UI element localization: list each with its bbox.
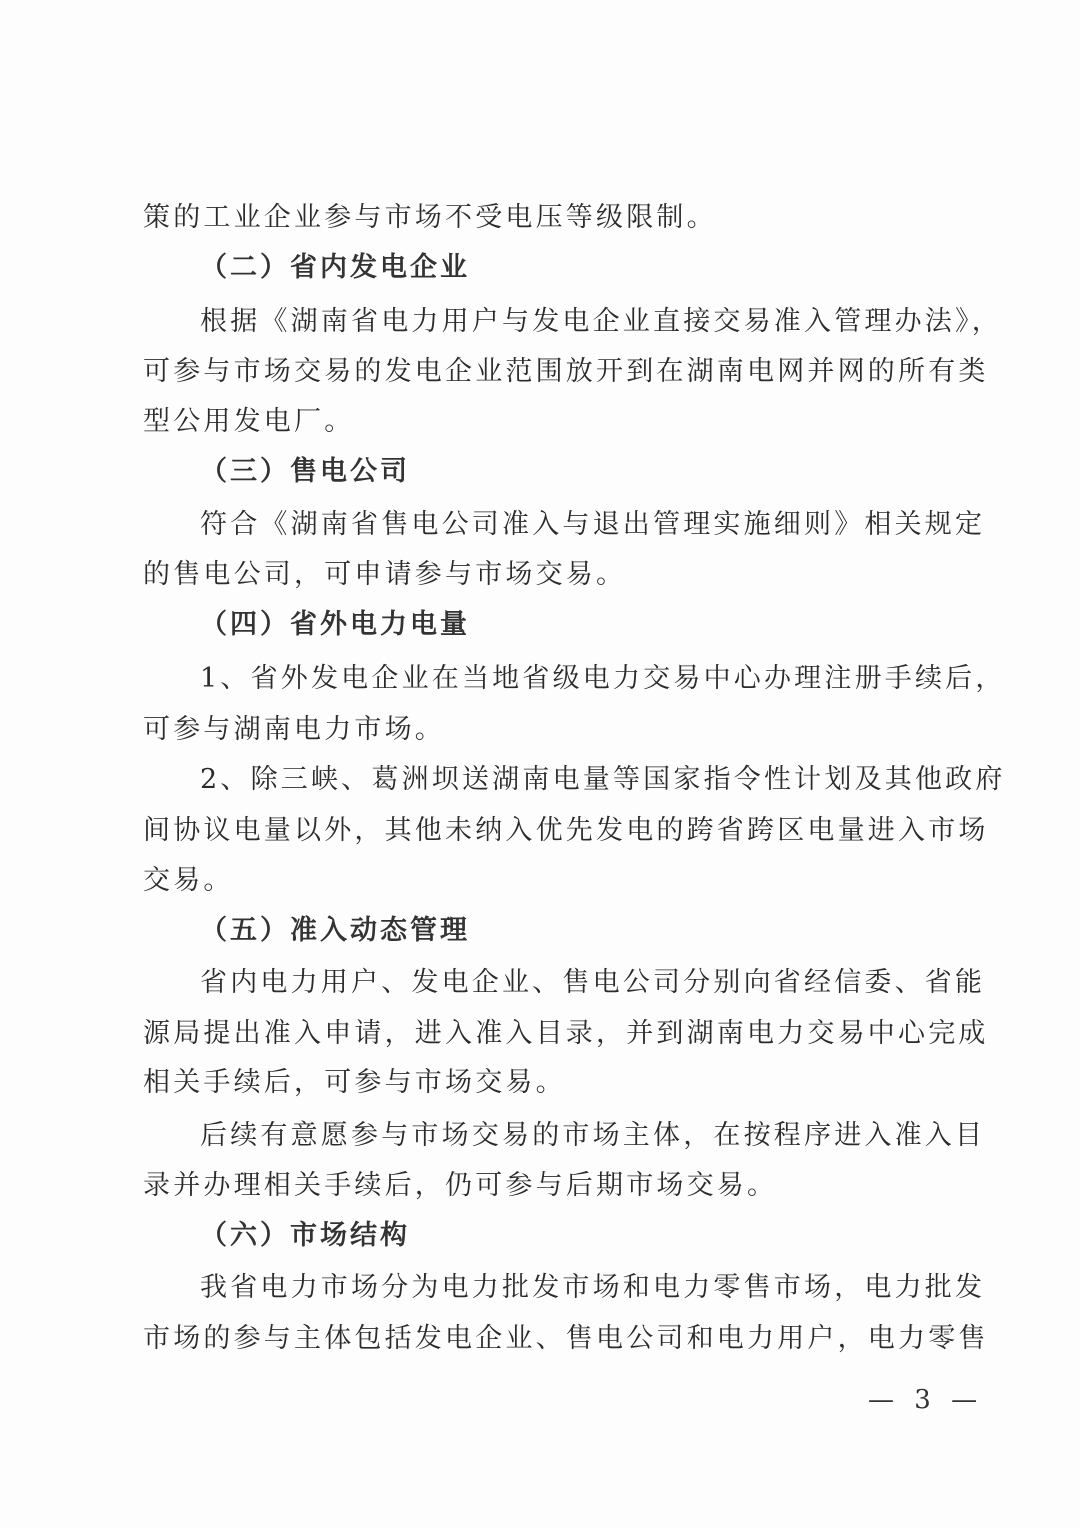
paragraph-line: 市场的参与主体包括发电企业、售电公司和电力用户，电力零售: [143, 1319, 968, 1359]
paragraph-line: 间协议电量以外，其他未纳入优先发电的跨省跨区电量进入市场: [143, 811, 968, 851]
paragraph-line: 的售电公司，可申请参与市场交易。: [143, 555, 968, 595]
document-page: 策的工业企业参与市场不受电压等级限制。（二）省内发电企业根据《湖南省电力用户与发…: [0, 0, 1080, 1528]
section-heading: （四）省外电力电量: [200, 605, 470, 645]
paragraph-line: 根据《湖南省电力用户与发电企业直接交易准入管理办法》，: [200, 302, 968, 342]
paragraph-line: 可参与湖南电力市场。: [143, 710, 968, 750]
paragraph-line: 1、省外发电企业在当地省级电力交易中心办理注册手续后，: [200, 659, 968, 699]
section-heading: （五）准入动态管理: [200, 911, 470, 951]
paragraph-line: 可参与市场交易的发电企业范围放开到在湖南电网并网的所有类: [143, 352, 968, 392]
section-heading: （三）售电公司: [200, 452, 410, 492]
paragraph-line: 我省电力市场分为电力批发市场和电力零售市场，电力批发: [200, 1268, 968, 1308]
paragraph-line: 相关手续后，可参与市场交易。: [143, 1063, 968, 1103]
paragraph-line: 型公用发电厂。: [143, 402, 968, 442]
section-heading: （六）市场结构: [200, 1216, 410, 1256]
page-number: — 3 —: [868, 1382, 983, 1418]
section-heading: （二）省内发电企业: [200, 248, 470, 288]
paragraph-line: 后续有意愿参与市场交易的市场主体，在按程序进入准入目: [200, 1116, 968, 1156]
paragraph-line: 录并办理相关手续后，仍可参与后期市场交易。: [143, 1166, 968, 1206]
paragraph-line: 2、除三峡、葛洲坝送湖南电量等国家指令性计划及其他政府: [200, 760, 968, 800]
paragraph-line: 交易。: [143, 861, 968, 901]
paragraph-line: 策的工业企业参与市场不受电压等级限制。: [143, 198, 968, 238]
paragraph-line: 源局提出准入申请，进入准入目录，并到湖南电力交易中心完成: [143, 1014, 968, 1054]
paragraph-line: 省内电力用户、发电企业、售电公司分别向省经信委、省能: [200, 963, 968, 1003]
paragraph-line: 符合《湖南省售电公司准入与退出管理实施细则》相关规定: [200, 505, 968, 545]
